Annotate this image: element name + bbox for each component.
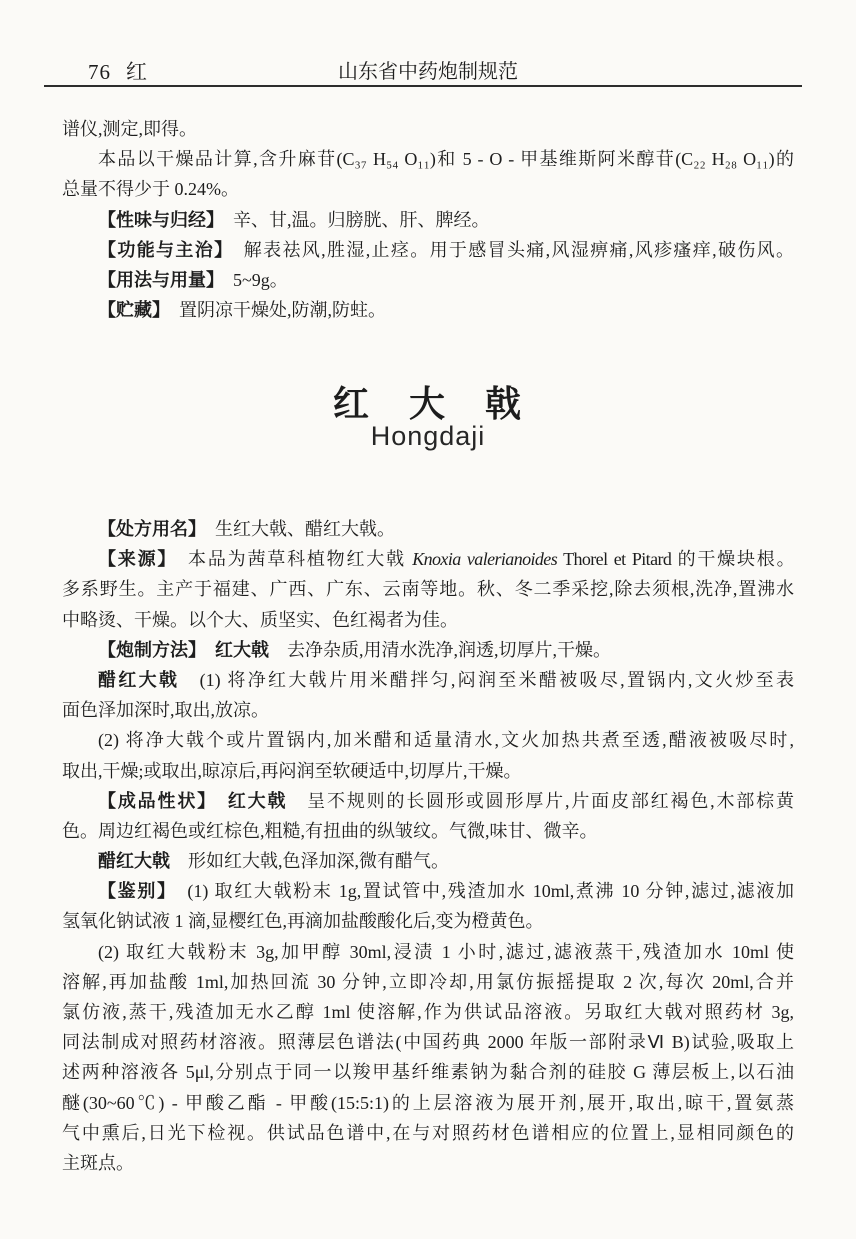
text-run: 氯仿液,蒸干,残渣加无水乙醇 1ml 使溶解,作为供试品溶液。另取红大戟对照药材… (62, 1002, 794, 1022)
text-run: 去净杂质,用清水洗净,润透,切厚片,干燥。 (269, 640, 611, 660)
text-run: 【鉴别】 (98, 881, 168, 901)
text-run: 解表祛风,胜湿,止痉。用于感冒头痛,风湿痹痛,风疹瘙痒,破伤风。 (224, 240, 794, 260)
text-run: (2) 将净大戟个或片置锅内,加米醋和适量清水,文火加热共煮至透,醋液被吸尽时, (98, 730, 794, 750)
text-line: 面色泽加深时,取出,放凉。 (62, 695, 794, 725)
text-run: Knoxia valerianoides (412, 549, 557, 569)
monograph-pinyin: Hongdaji (62, 421, 794, 452)
text-run: 总量不得少于 0.24%。 (62, 179, 239, 199)
text-run: 【贮藏】 (98, 300, 161, 320)
text-line: 气中熏后,日光下检视。供试品色谱中,在与对照药材色谱相应的位置上,显相同颜色的 (62, 1118, 794, 1148)
text-run: 同法制成对照药材溶液。照薄层色谱法(中国药典 2000 年版一部附录Ⅵ B)试验… (62, 1032, 794, 1052)
text-line: 述两种溶液各 5μl,分别点于同一以羧甲基纤维素钠为黏合剂的硅胶 G 薄层板上,… (62, 1057, 794, 1087)
text-run: 辛、甘,温。归膀胱、肝、脾经。 (215, 210, 490, 230)
scanned-page: 76红 山东省中药炮制规范 谱仪,测定,即得。本品以干燥品计算,含升麻苷(C₃₇… (0, 0, 856, 1239)
text-line: 【炮制方法】 红大戟 去净杂质,用清水洗净,润透,切厚片,干燥。 (62, 635, 794, 665)
text-run: 氢氧化钠试液 1 滴,显樱红色,再滴加盐酸酸化后,变为橙黄色。 (62, 911, 544, 931)
text-run: 醚(30~60℃) - 甲酸乙酯 - 甲酸(15:5:1)的上层溶液为展开剂,展… (62, 1093, 794, 1113)
text-run: 醋红大戟 (98, 851, 170, 871)
text-run: 述两种溶液各 5μl,分别点于同一以羧甲基纤维素钠为黏合剂的硅胶 G 薄层板上,… (62, 1062, 794, 1082)
text-run: 5~9g。 (215, 270, 288, 290)
text-run: 醋红大戟 (98, 670, 179, 690)
text-line: 氢氧化钠试液 1 滴,显樱红色,再滴加盐酸酸化后,变为橙黄色。 (62, 906, 794, 936)
text-line: 氯仿液,蒸干,残渣加无水乙醇 1ml 使溶解,作为供试品溶液。另取红大戟对照药材… (62, 997, 794, 1027)
text-line: 取出,干燥;或取出,晾凉后,再闷润至软硬适中,切厚片,干燥。 (62, 756, 794, 786)
text-line: 本品以干燥品计算,含升麻苷(C₃₇ H₅₄ O₁₁)和 5 - O - 甲基维斯… (62, 144, 794, 174)
text-run: (1) 将净红大戟片用米醋拌匀,闷润至米醋被吸尽,置锅内,文火炒至表 (179, 670, 794, 690)
book-title: 山东省中药炮制规范 (0, 55, 856, 84)
text-run: 本品为茜草科植物红大戟 (168, 549, 412, 569)
monograph-body-section: 【处方用名】 生红大戟、醋红大戟。【来源】 本品为茜草科植物红大戟 Knoxia… (62, 514, 794, 1178)
text-run: 形如红大戟,色泽加深,微有醋气。 (170, 851, 449, 871)
text-run: 溶解,再加盐酸 1ml,加热回流 30 分钟,立即冷却,用氯仿振摇提取 2 次,… (62, 972, 794, 992)
text-line: 主斑点。 (62, 1148, 794, 1178)
text-run: 红大戟 (228, 791, 288, 811)
text-run: 多系野生。主产于福建、广西、广东、云南等地。秋、冬二季采挖,除去须根,洗净,置沸… (62, 579, 794, 599)
text-run: 谱仪,测定,即得。 (62, 119, 197, 139)
header-rule (44, 85, 802, 87)
text-run: (1) 取红大戟粉末 1g,置试管中,残渣加水 10ml,煮沸 10 分钟,滤过… (168, 881, 794, 901)
text-run: 【来源】 (98, 549, 168, 569)
text-line: 溶解,再加盐酸 1ml,加热回流 30 分钟,立即冷却,用氯仿振摇提取 2 次,… (62, 967, 794, 997)
text-run: 取出,干燥;或取出,晾凉后,再闷润至软硬适中,切厚片,干燥。 (62, 761, 522, 781)
previous-monograph-tail-section: 谱仪,测定,即得。本品以干燥品计算,含升麻苷(C₃₇ H₅₄ O₁₁)和 5 -… (62, 114, 794, 325)
text-line: 【性味与归经】 辛、甘,温。归膀胱、肝、脾经。 (62, 205, 794, 235)
text-run: 本品以干燥品计算,含升麻苷(C₃₇ H₅₄ O₁₁)和 5 - O - 甲基维斯… (98, 149, 794, 169)
text-run: 【性味与归经】 (98, 210, 215, 230)
text-run: 【处方用名】 (98, 519, 197, 539)
text-run: 呈不规则的长圆形或圆形厚片,片面皮部红褐色,木部棕黄 (287, 791, 794, 811)
text-line: 多系野生。主产于福建、广西、广东、云南等地。秋、冬二季采挖,除去须根,洗净,置沸… (62, 574, 794, 604)
text-line: 【用法与用量】 5~9g。 (62, 265, 794, 295)
text-line: (2) 将净大戟个或片置锅内,加米醋和适量清水,文火加热共煮至透,醋液被吸尽时, (62, 725, 794, 755)
text-line: 醚(30~60℃) - 甲酸乙酯 - 甲酸(15:5:1)的上层溶液为展开剂,展… (62, 1088, 794, 1118)
text-line: 醋红大戟 (1) 将净红大戟片用米醋拌匀,闷润至米醋被吸尽,置锅内,文火炒至表 (62, 665, 794, 695)
text-run: 面色泽加深时,取出,放凉。 (62, 700, 269, 720)
text-run (197, 640, 215, 660)
text-run: 置阴凉干燥处,防潮,防蛀。 (161, 300, 386, 320)
text-run: 中略烫、干燥。以个大、质坚实、色红褐者为佳。 (62, 610, 458, 630)
text-line: 【来源】 本品为茜草科植物红大戟 Knoxia valerianoides Th… (62, 544, 794, 574)
text-run: 主斑点。 (62, 1153, 134, 1173)
text-line: 谱仪,测定,即得。 (62, 114, 794, 144)
text-line: 中略烫、干燥。以个大、质坚实、色红褐者为佳。 (62, 605, 794, 635)
text-run: 【炮制方法】 (98, 640, 197, 660)
text-line: 同法制成对照药材溶液。照薄层色谱法(中国药典 2000 年版一部附录Ⅵ B)试验… (62, 1027, 794, 1057)
text-line: 【鉴别】 (1) 取红大戟粉末 1g,置试管中,残渣加水 10ml,煮沸 10 … (62, 876, 794, 906)
text-line: 醋红大戟 形如红大戟,色泽加深,微有醋气。 (62, 846, 794, 876)
text-run: 色。周边红褐色或红棕色,粗糙,有扭曲的纵皱纹。气微,味甘、微辛。 (62, 821, 598, 841)
text-run: 【成品性状】 (98, 791, 208, 811)
text-line: 【功能与主治】 解表祛风,胜湿,止痉。用于感冒头痛,风湿痹痛,风疹瘙痒,破伤风。 (62, 235, 794, 265)
text-run: 生红大戟、醋红大戟。 (197, 519, 395, 539)
text-run: 红大戟 (215, 640, 269, 660)
text-run: Thorel et Pitard 的干燥块根。 (557, 549, 794, 569)
monograph-title: 红 大 戟 (62, 376, 794, 427)
text-run: (2) 取红大戟粉末 3g,加甲醇 30ml,浸渍 1 小时,滤过,滤液蒸干,残… (98, 942, 794, 962)
text-run: 【用法与用量】 (98, 270, 215, 290)
text-line: 【处方用名】 生红大戟、醋红大戟。 (62, 514, 794, 544)
text-line: 【贮藏】 置阴凉干燥处,防潮,防蛀。 (62, 295, 794, 325)
text-run: 气中熏后,日光下检视。供试品色谱中,在与对照药材色谱相应的位置上,显相同颜色的 (62, 1123, 794, 1143)
text-run (208, 791, 228, 811)
text-line: 【成品性状】 红大戟 呈不规则的长圆形或圆形厚片,片面皮部红褐色,木部棕黄 (62, 786, 794, 816)
text-line: 总量不得少于 0.24%。 (62, 174, 794, 204)
text-line: 色。周边红褐色或红棕色,粗糙,有扭曲的纵皱纹。气微,味甘、微辛。 (62, 816, 794, 846)
text-line: (2) 取红大戟粉末 3g,加甲醇 30ml,浸渍 1 小时,滤过,滤液蒸干,残… (62, 937, 794, 967)
text-run: 【功能与主治】 (98, 240, 224, 260)
